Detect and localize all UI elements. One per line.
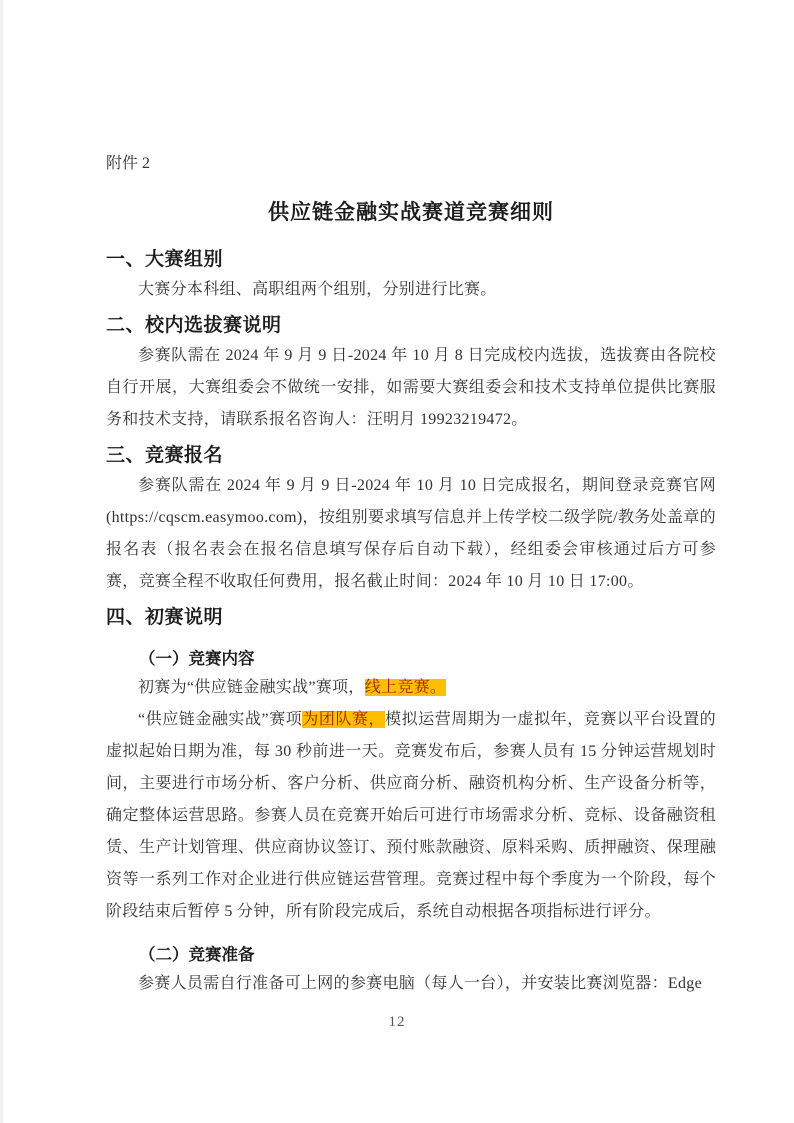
document-title: 供应链金融实战赛道竞赛细则 [106,196,716,228]
text-run: 参赛队需在 2024 年 9 月 9 日-2024 年 10 月 8 日完成校内… [106,347,716,428]
subsection-heading: （二）竞赛准备 [106,942,716,968]
subsection-heading: （一）竞赛内容 [106,646,716,672]
text-run: 初赛为“供应链金融实战”赛项， [138,679,365,696]
text-run: 参赛人员需自行准备可上网的参赛电脑（每人一台），并安装比赛浏览器：Edge [138,975,702,992]
highlighted-text: 线上竞赛。 [365,679,447,696]
text-run: 模拟运营周期为一虚拟年，竞赛以平台设置的虚拟起始日期为准，每 30 秒前进一天。… [106,711,716,920]
section-heading: 四、初赛说明 [106,604,716,632]
paragraph: 大赛分本科组、高职组两个组别，分别进行比赛。 [106,274,716,306]
document-body: 一、大赛组别大赛分本科组、高职组两个组别，分别进行比赛。二、校内选拔赛说明参赛队… [106,246,716,1000]
text-run: 参赛队需在 2024 年 9 月 9 日-2024 年 10 月 10 日完成报… [106,477,716,590]
paragraph: 初赛为“供应链金融实战”赛项，线上竞赛。 [106,672,716,704]
paragraph: 参赛队需在 2024 年 9 月 9 日-2024 年 10 月 10 日完成报… [106,470,716,598]
text-run: 大赛分本科组、高职组两个组别，分别进行比赛。 [138,281,497,298]
document-content: 附件 2 供应链金融实战赛道竞赛细则 一、大赛组别大赛分本科组、高职组两个组别，… [106,0,716,1000]
paragraph: 参赛人员需自行准备可上网的参赛电脑（每人一台），并安装比赛浏览器：Edge [106,968,716,1000]
text-run: “供应链金融实战”赛项 [138,711,302,728]
section-heading: 一、大赛组别 [106,246,716,274]
section-heading: 二、校内选拔赛说明 [106,312,716,340]
page-number: 12 [0,1014,794,1031]
paragraph: “供应链金融实战”赛项为团队赛，模拟运营周期为一虚拟年，竞赛以平台设置的虚拟起始… [106,704,716,928]
section-heading: 三、竞赛报名 [106,442,716,470]
attachment-label: 附件 2 [106,152,716,176]
paragraph: 参赛队需在 2024 年 9 月 9 日-2024 年 10 月 8 日完成校内… [106,340,716,436]
document-page: 附件 2 供应链金融实战赛道竞赛细则 一、大赛组别大赛分本科组、高职组两个组别，… [0,0,794,1123]
highlighted-text: 为团队赛， [302,711,385,728]
